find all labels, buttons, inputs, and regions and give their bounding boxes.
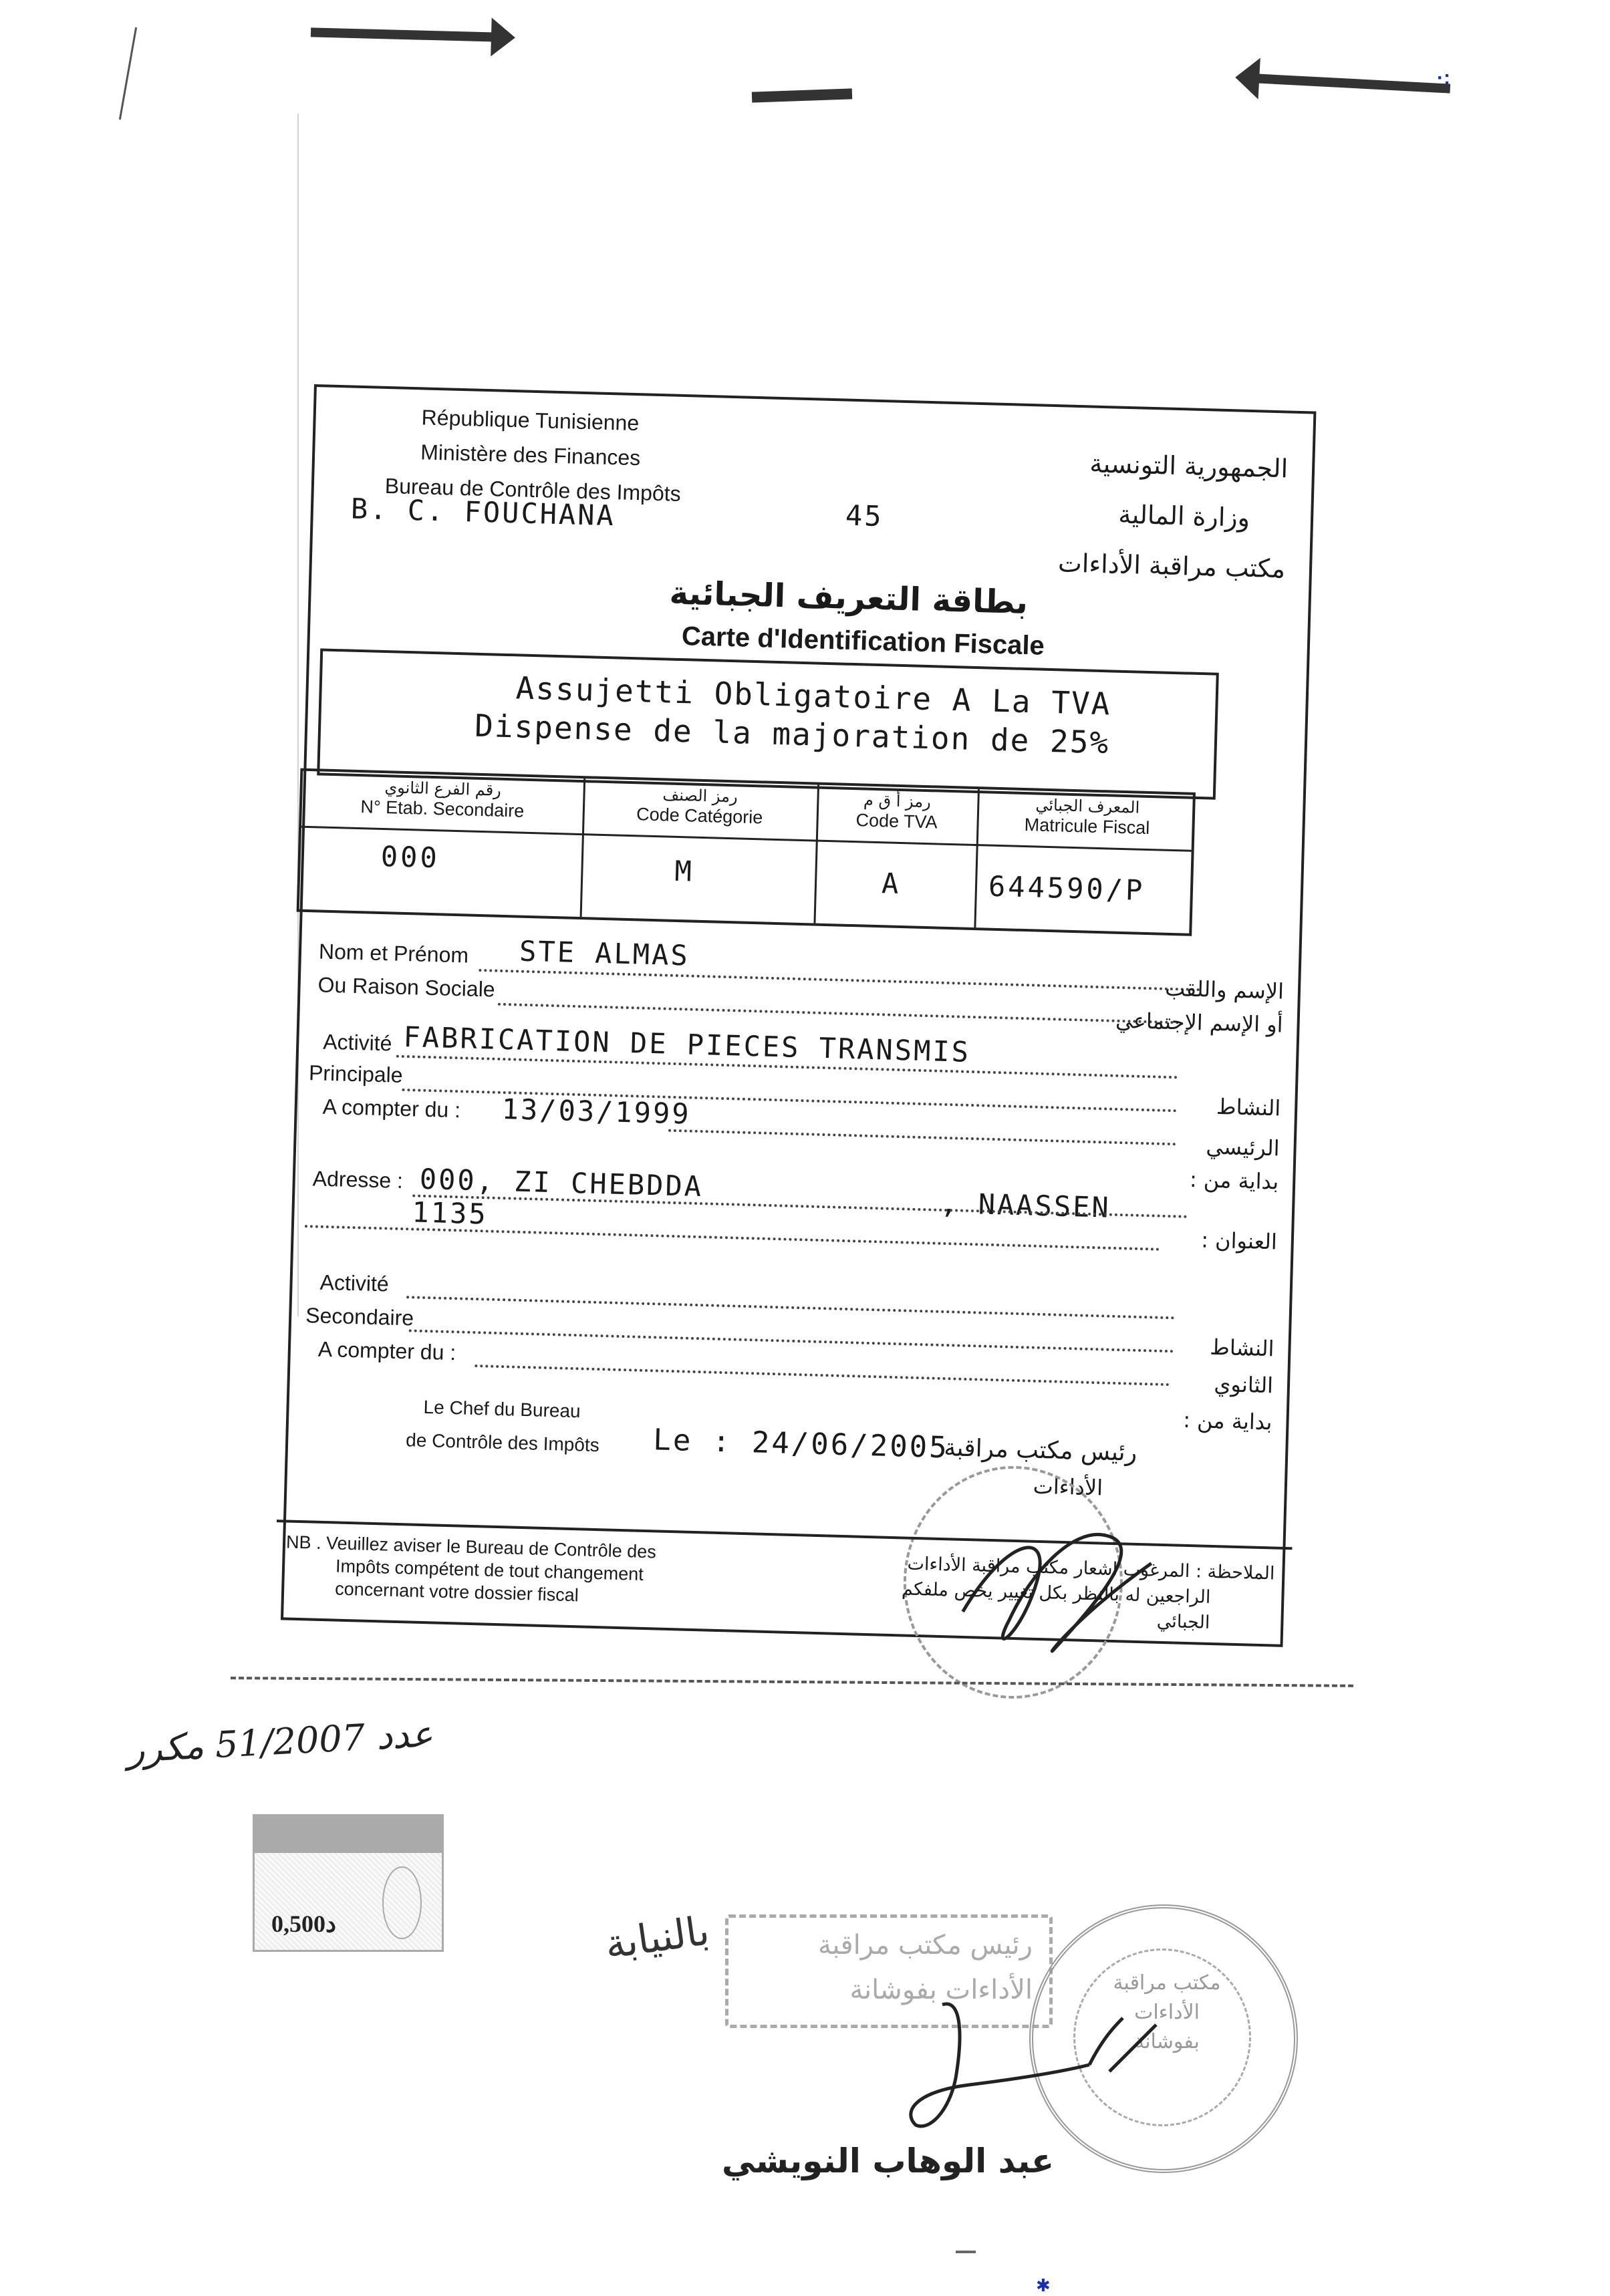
stamp-value: د0,500 <box>271 1910 336 1938</box>
label-nom: Nom et Prénom <box>319 940 469 968</box>
handwritten-reference: عدد 51/2007 مكرر <box>126 1713 434 1771</box>
arrow-left-icon <box>1256 74 1450 93</box>
label-activite-p: Activité <box>323 1030 392 1056</box>
office-code: 45 <box>845 499 884 533</box>
stamp-band <box>255 1816 442 1853</box>
label-activite-p-ar: النشاط <box>1216 1094 1281 1121</box>
header-ar-3: مكتب مراقبة الأداءات <box>1058 548 1286 583</box>
dash-mark <box>752 88 852 102</box>
label-activite-s-ar: النشاط <box>1210 1334 1274 1362</box>
signer-name: عبد الوهاب النويشي <box>722 2142 1054 2180</box>
handwritten-bilniyaba: بالنيابة <box>602 1907 712 1968</box>
nb-ar-2: الراجعين له بالنظر بكل تغيير يخص ملفكم <box>902 1578 1211 1608</box>
value-compter: 13/03/1999 <box>501 1093 691 1131</box>
arrow-right-icon <box>311 27 498 41</box>
nb-ar-3: الجبائي <box>1156 1610 1210 1634</box>
label-nom-ar: الإسم واللقب <box>1165 976 1285 1004</box>
cut-line <box>231 1677 1353 1687</box>
ink-dots: ·: <box>1437 67 1450 90</box>
label-adresse: Adresse : <box>312 1166 403 1193</box>
label-activite-p-ar2: الرئيسي <box>1206 1134 1280 1161</box>
header-ar-1: الجمهورية التونسية <box>1089 448 1289 483</box>
chef-label-1: Le Chef du Bureau <box>423 1397 581 1422</box>
ink-mark <box>956 2251 976 2253</box>
value-tva: A <box>881 867 902 900</box>
chef-label-ar: رئيس مكتب مراقبة <box>944 1434 1137 1467</box>
value-etab: 000 <box>380 840 440 874</box>
fiscal-revenue-stamp: د0,500 <box>253 1814 444 1952</box>
label-adresse-ar: العنوان : <box>1201 1227 1278 1254</box>
col-header-matricule: المعرف الجبائي Matricule Fiscal <box>976 793 1198 839</box>
ids-table: رقم الفرع الثانوي N° Etab. Secondaire رم… <box>297 768 1196 936</box>
header-ar-2: وزارة المالية <box>1118 500 1250 533</box>
value-categorie: M <box>674 855 695 888</box>
stamp-emblem-icon <box>382 1866 422 1939</box>
value-matricule: 644590/P <box>988 870 1146 907</box>
col-header-etab: رقم الفرع الثانوي N° Etab. Secondaire <box>302 775 583 823</box>
fiscal-id-card: République Tunisienne Ministère des Fina… <box>281 384 1316 1647</box>
label-activite-p2: Principale <box>309 1060 403 1088</box>
label-activite-s2: Secondaire <box>305 1303 414 1330</box>
label-compter2: A compter du : <box>317 1337 456 1366</box>
col-header-tva: رمز أ ق م Code TVA <box>816 789 978 833</box>
label-activite-s-ar2: الثانوي <box>1214 1371 1274 1398</box>
value-adresse-2: 1135 <box>412 1195 488 1230</box>
blue-ink-mark: ✱ <box>1036 2275 1051 2296</box>
signature-bottom <box>889 1998 1183 2145</box>
label-activite-s: Activité <box>319 1270 389 1297</box>
value-adresse-city: , NAASSEN <box>940 1187 1111 1224</box>
label-raison-ar: أو الإسم الإجتماعي <box>1115 1008 1283 1038</box>
label-compter2-ar: بداية من : <box>1183 1407 1272 1435</box>
col-header-categorie: رمز الصنف Code Catégorie <box>582 782 817 829</box>
value-nom: STE ALMAS <box>519 935 690 972</box>
label-compter: A compter du : <box>322 1095 460 1123</box>
label-raison: Ou Raison Sociale <box>317 972 495 1002</box>
label-compter-ar: بداية من : <box>1189 1167 1279 1195</box>
pen-mark <box>119 27 137 120</box>
